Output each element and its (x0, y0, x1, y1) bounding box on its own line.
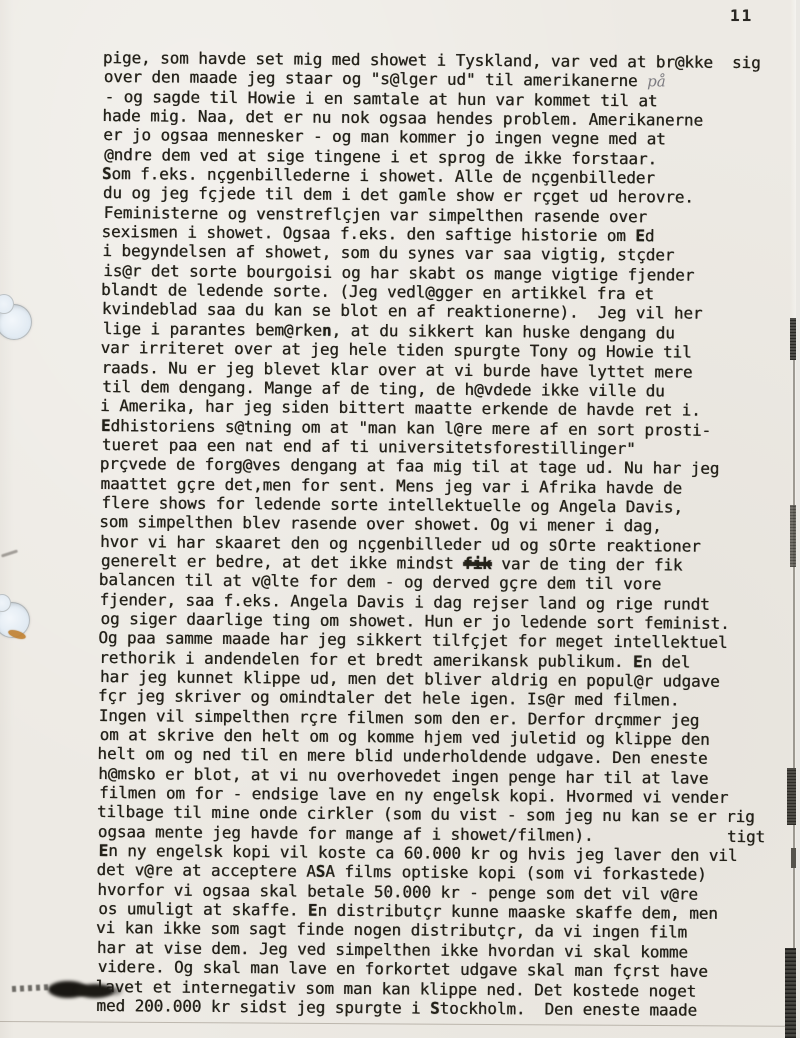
ink-smudge-blob (106, 987, 122, 995)
bottom-crease-line (0, 1021, 785, 1027)
paper-edge (796, 0, 800, 1038)
ink-smudge-dashes (12, 984, 52, 992)
letter-body: pige, som havde set mig med showet i Tys… (96, 48, 771, 1020)
scan-edge-line (793, 322, 795, 1038)
scanned-letter-page: { "page": { "number": "11" }, "letter": … (0, 0, 800, 1038)
pencil-mark (1, 549, 18, 557)
scan-edge-artifact (778, 0, 800, 1038)
ink-smudge (12, 980, 124, 1004)
letter-line: med 200.000 kr sidst jeg spurgte i Stock… (96, 996, 763, 1021)
page-number: 11 (730, 6, 753, 26)
